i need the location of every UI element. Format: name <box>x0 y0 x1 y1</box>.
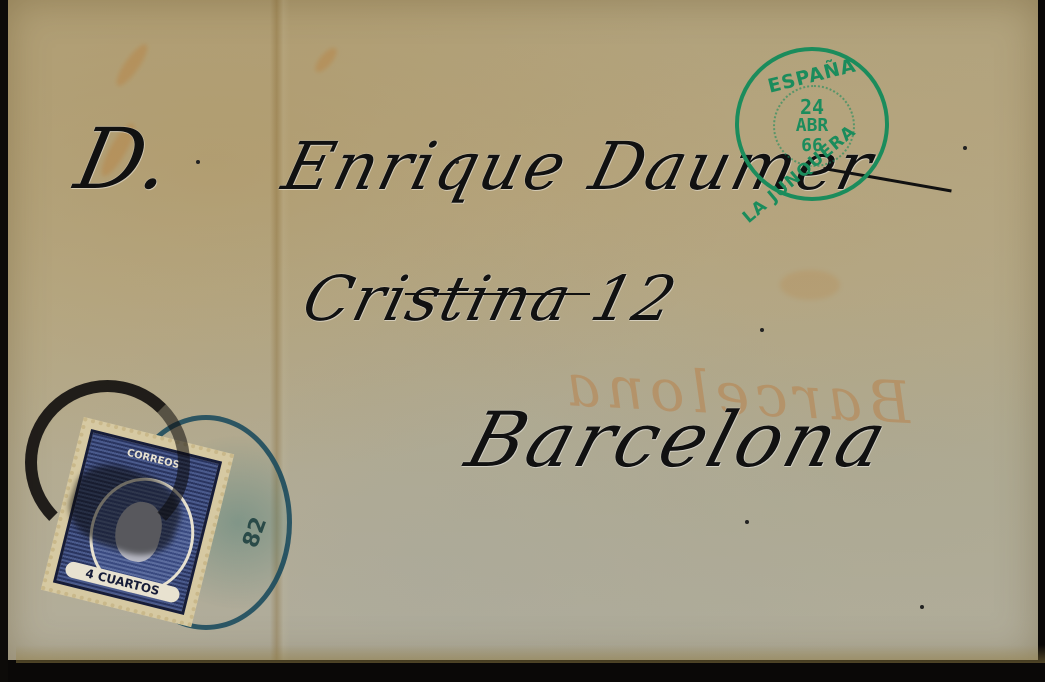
paper-bottom-edge <box>16 645 1045 663</box>
scan-border-left <box>0 0 8 682</box>
ink-speck <box>455 160 459 164</box>
street-strike <box>405 292 590 295</box>
ink-speck <box>920 605 924 609</box>
ink-speck <box>760 328 764 332</box>
postmark-month: ABR <box>739 115 885 136</box>
ink-speck <box>963 146 967 150</box>
postmark-circular-date-stamp: ESPAÑA 24 ABR 66 LA JUNQUERA <box>735 47 889 201</box>
stain <box>780 270 840 300</box>
address-first-name: Enrique <box>275 128 575 205</box>
address-city: Barcelona <box>457 395 899 484</box>
ink-speck <box>745 520 749 524</box>
ink-speck <box>196 160 200 164</box>
address-street: Cristina 12 <box>296 262 685 335</box>
